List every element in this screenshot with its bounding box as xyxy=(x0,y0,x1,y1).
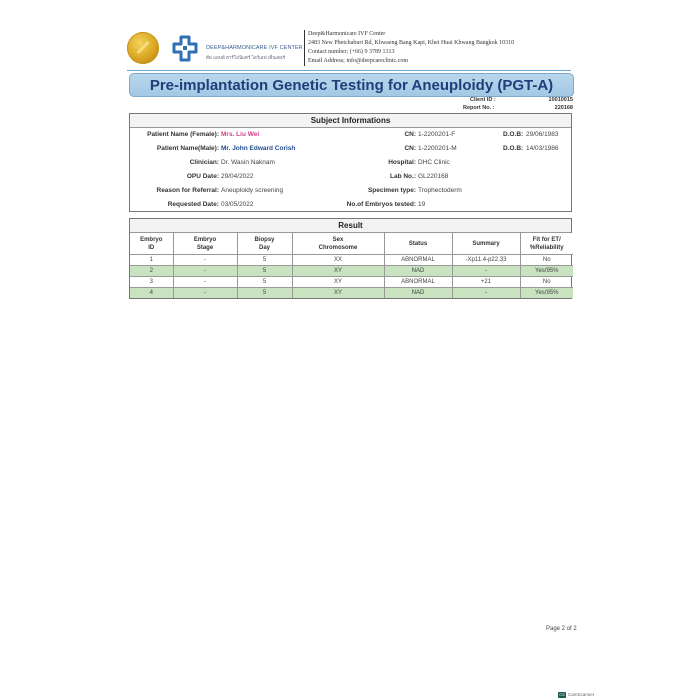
column-header-line: Chromosome xyxy=(293,244,384,252)
table-row: 2-5XYNAD-Yes/95% xyxy=(130,266,573,277)
cell-day: 5 xyxy=(237,288,292,299)
brand-name-thai: ดีพ แอนด์ ฮาร์โมนิแคร์ ไอวีเอฟ เซ็นเตอร์ xyxy=(206,54,285,61)
cn-female-label: CN: xyxy=(404,131,416,138)
cell-id: 2 xyxy=(130,266,173,277)
column-header-line: Stage xyxy=(174,244,237,252)
cell-summary: -Xp11.4-p22.33 xyxy=(452,255,520,266)
hospital-value: DHC Clinic xyxy=(418,159,450,166)
cell-id: 4 xyxy=(130,288,173,299)
cell-day: 5 xyxy=(237,266,292,277)
page-title: Pre-implantation Genetic Testing for Ane… xyxy=(150,77,553,94)
cell-id: 1 xyxy=(130,255,173,266)
title-bar: Pre-implantation Genetic Testing for Ane… xyxy=(129,73,574,97)
column-header: EmbryoID xyxy=(130,233,173,255)
header-rule xyxy=(127,70,571,71)
dob-female-value: 29/06/1983 xyxy=(526,131,559,138)
cell-stage: - xyxy=(173,288,237,299)
header-divider xyxy=(304,30,305,66)
accreditation-seal-icon xyxy=(127,32,159,64)
contact-line: Email Address; info@deepcareclinic.com xyxy=(308,57,514,66)
cell-sex: XY xyxy=(292,288,384,299)
result-heading: Result xyxy=(130,219,571,233)
column-header: EmbryoStage xyxy=(173,233,237,255)
cell-id: 3 xyxy=(130,277,173,288)
clinic-logo-icon xyxy=(168,34,202,64)
column-header: Summary xyxy=(452,233,520,255)
cell-day: 5 xyxy=(237,255,292,266)
column-header-line: Summary xyxy=(453,240,520,248)
lab-no-value: GL220168 xyxy=(418,173,448,180)
result-section: Result EmbryoIDEmbryoStageBiopsyDaySexCh… xyxy=(129,218,572,299)
specimen-value: Trophectoderm xyxy=(418,187,462,194)
column-header: Fit for ET/%Reliability xyxy=(520,233,573,255)
table-row: 3-5XYABNORMAL+21No xyxy=(130,277,573,288)
page-number: Page 2 of 2 xyxy=(546,626,577,632)
cell-fit: Yes/95% xyxy=(520,266,573,277)
cell-status: ABNORMAL xyxy=(384,255,452,266)
table-row: 1-5XXABNORMAL-Xp11.4-p22.33No xyxy=(130,255,573,266)
cell-sex: XX xyxy=(292,255,384,266)
column-header: SexChromosome xyxy=(292,233,384,255)
table-row: 4-5XYNAD-Yes/95% xyxy=(130,288,573,299)
embryos-tested-value: 19 xyxy=(418,201,425,208)
cn-female-value: 1-2200201-F xyxy=(418,131,455,138)
report-page: DEEP&HARMONICARE IVF CENTER ดีพ แอนด์ ฮา… xyxy=(0,0,700,700)
cell-summary: - xyxy=(452,288,520,299)
cell-day: 5 xyxy=(237,277,292,288)
embryos-tested-label: No.of Embryos tested: xyxy=(347,201,416,208)
cell-fit: No xyxy=(520,255,573,266)
camscanner-icon: CS xyxy=(558,692,566,698)
specimen-label: Specimen type: xyxy=(368,187,416,194)
report-no-label: Report No. : xyxy=(463,105,494,111)
client-id-value: 10010015 xyxy=(543,97,573,103)
subject-heading: Subject Informations xyxy=(130,114,571,128)
lab-no-label: Lab No.: xyxy=(390,173,416,180)
dob-female-label: D.O.B: xyxy=(503,131,523,138)
cell-status: ABNORMAL xyxy=(384,277,452,288)
camscanner-watermark: CamScanner xyxy=(568,692,594,697)
cell-stage: - xyxy=(173,255,237,266)
cn-male-label: CN: xyxy=(404,145,416,152)
cell-sex: XY xyxy=(292,277,384,288)
column-header-line: Embryo xyxy=(130,236,173,244)
column-header-line: Biopsy xyxy=(238,236,292,244)
brand-name: DEEP&HARMONICARE IVF CENTER xyxy=(206,45,303,51)
contact-block: Deep&Harmonicare IVF Center 2483 New Phe… xyxy=(308,30,514,66)
result-table: EmbryoIDEmbryoStageBiopsyDaySexChromosom… xyxy=(130,233,573,298)
column-header-line: Fit for ET/ xyxy=(521,236,574,244)
client-id-label: Client ID : xyxy=(470,97,496,103)
column-header-line: %Reliability xyxy=(521,244,574,252)
column-header-line: Day xyxy=(238,244,292,252)
cell-summary: +21 xyxy=(452,277,520,288)
contact-line: 2483 New Phetchaburi Rd, Khwaeng Bang Ka… xyxy=(308,39,514,48)
cell-status: NAD xyxy=(384,266,452,277)
column-header-line: Status xyxy=(385,240,452,248)
cell-fit: Yes/95% xyxy=(520,288,573,299)
contact-line: Contact number; (+66) 9 3789 1313 xyxy=(308,48,514,57)
subject-info-section: Subject Informations Patient Name (Femal… xyxy=(129,113,572,212)
cell-stage: - xyxy=(173,277,237,288)
hospital-label: Hospital: xyxy=(388,159,416,166)
cell-sex: XY xyxy=(292,266,384,277)
dob-male-value: 14/03/1986 xyxy=(526,145,559,152)
contact-line: Deep&Harmonicare IVF Center xyxy=(308,30,514,39)
cell-fit: No xyxy=(520,277,573,288)
cell-status: NAD xyxy=(384,288,452,299)
column-header: Status xyxy=(384,233,452,255)
cell-summary: - xyxy=(452,266,520,277)
column-header-line: ID xyxy=(130,244,173,252)
column-header-line: Sex xyxy=(293,236,384,244)
dob-male-label: D.O.B: xyxy=(503,145,523,152)
column-header-line: Embryo xyxy=(174,236,237,244)
cell-stage: - xyxy=(173,266,237,277)
column-header: BiopsyDay xyxy=(237,233,292,255)
report-no-value: 220168 xyxy=(543,105,573,111)
cn-male-value: 1-2200201-M xyxy=(418,145,457,152)
